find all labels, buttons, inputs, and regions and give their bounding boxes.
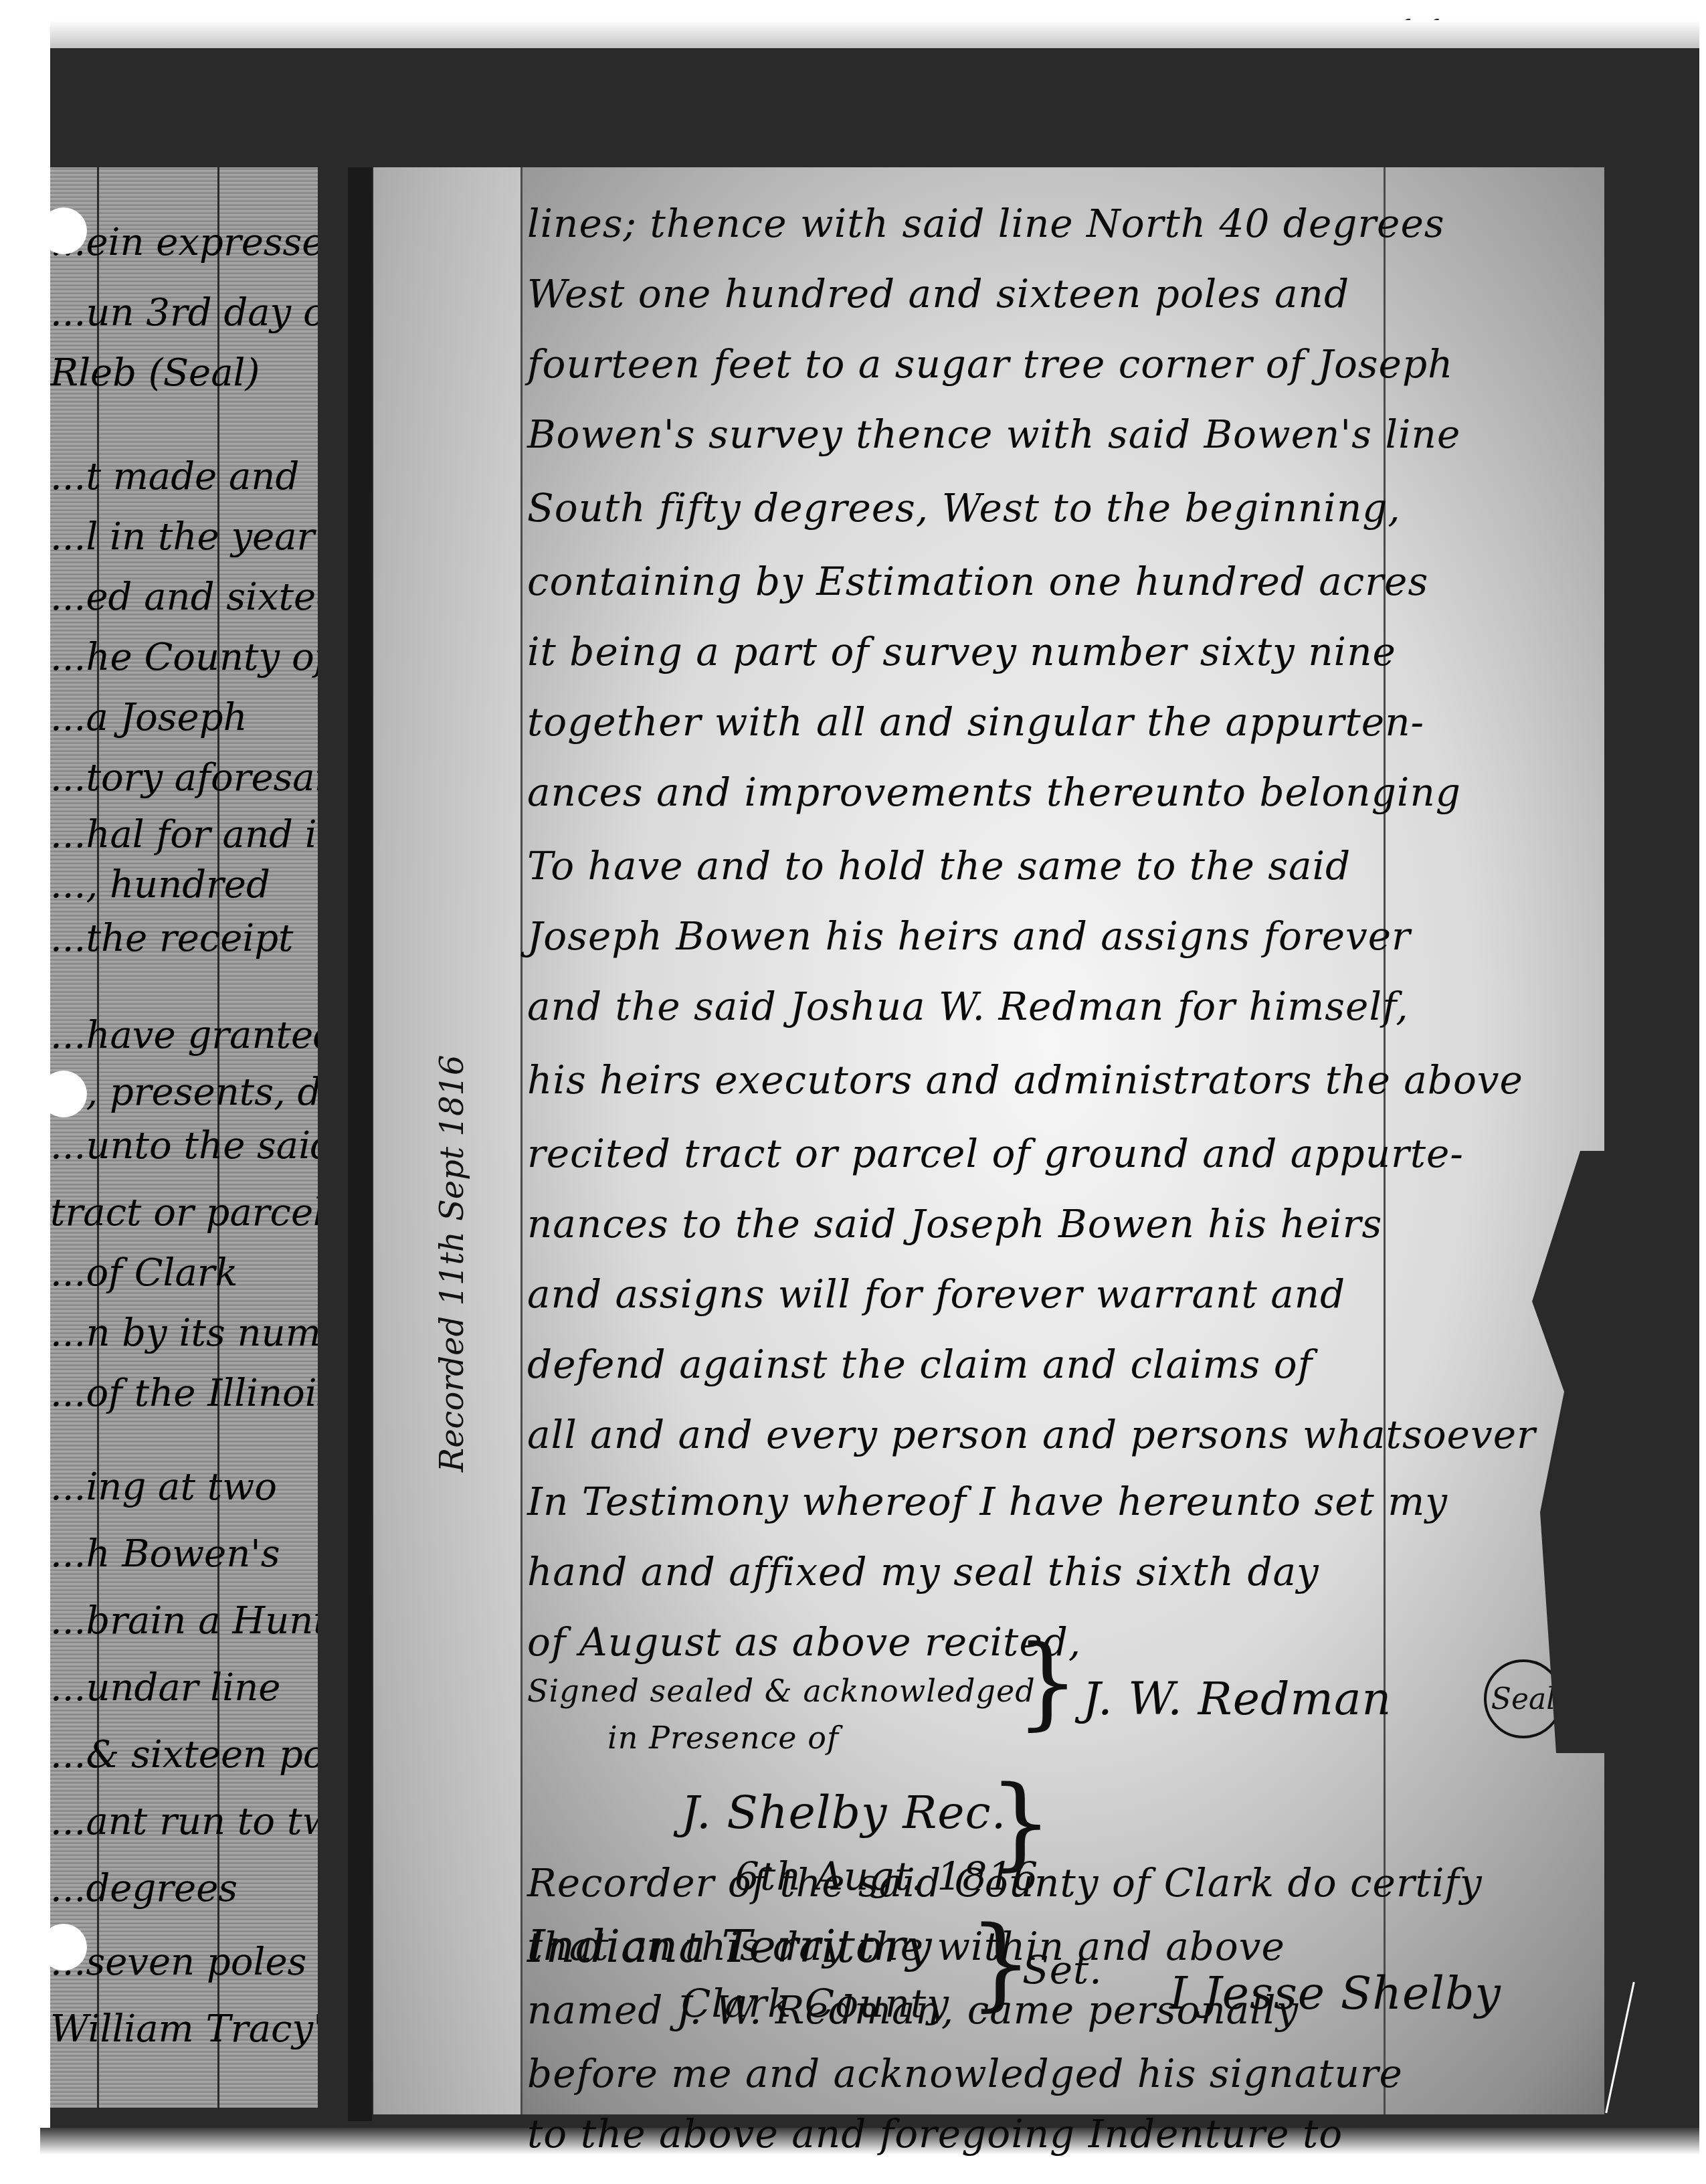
punch-hole: [40, 1924, 87, 1971]
left-fragment-line: ...seven poles to: [50, 1940, 318, 1984]
left-fragment-line: ...of the Illinois: [50, 1372, 318, 1415]
deed-line: ances and improvements thereunto belongi…: [527, 769, 1461, 815]
left-fragment-line: ...degrees: [50, 1867, 318, 1910]
witness-label: in Presence of: [607, 1720, 839, 1756]
acknowledgment-line: named J. W. Redman, came personally: [527, 1987, 1299, 2033]
brace-glyph: }: [1016, 1633, 1079, 1733]
deed-line: his heirs executors and administrators t…: [527, 1057, 1523, 1103]
left-fragment-line: ...tory aforesaid: [50, 756, 318, 800]
binding-gutter: [348, 167, 372, 2121]
acknowledgment-line: Recorder of the said County of Clark do …: [527, 1860, 1483, 1906]
deed-line: Bowen's survey thence with said Bowen's …: [527, 412, 1460, 457]
deed-line: hand and affixed my seal this sixth day: [527, 1549, 1319, 1595]
left-fragment-line: ..., presents, do: [50, 1071, 318, 1114]
left-fragment-line: Rleb (Seal): [50, 351, 318, 395]
ruled-margin-line: [520, 167, 523, 2114]
deed-line: South fifty degrees, West to the beginni…: [527, 485, 1401, 531]
left-fragment-line: ...brain a Hunt's: [50, 1599, 318, 1643]
deed-line: nances to the said Joseph Bowen his heir…: [527, 1201, 1382, 1247]
left-fragment-line: ...the receipt: [50, 917, 318, 960]
left-fragment-line: ...ein expressed: [50, 221, 318, 264]
deed-line: lines; thence with said line North 40 de…: [527, 201, 1445, 246]
punch-hole: [40, 1071, 87, 1117]
left-fragment-line: ...& sixteen poles: [50, 1733, 318, 1777]
left-fragment-line: ...l in the year: [50, 515, 318, 559]
left-fragment-line: ...ed and sixteen: [50, 575, 318, 619]
deed-line: containing by Estimation one hundred acr…: [527, 559, 1428, 604]
acknowledgment-line: that on this day the within and above: [527, 1924, 1285, 1969]
acknowledgment-line: to the above and foregoing Indenture to: [527, 2111, 1343, 2157]
left-fragment-line: ...n by its number: [50, 1311, 318, 1355]
main-deed-page: Recorded 11th Sept 1816 lines; thence wi…: [373, 167, 1604, 2114]
deed-line: and assigns will for forever warrant and: [527, 1271, 1345, 1317]
deed-line: To have and to hold the same to the said: [527, 843, 1351, 889]
deed-line: it being a part of survey number sixty n…: [527, 629, 1396, 674]
left-fragment-line: ...hal for and in: [50, 813, 318, 856]
left-fragment-line: ...unto the said: [50, 1124, 318, 1168]
left-fragment-line: ...t made and: [50, 455, 318, 498]
deed-line: together with all and singular the appur…: [527, 699, 1424, 745]
punch-hole: [40, 207, 87, 254]
brace-glyph: }: [989, 1773, 1052, 1874]
witness-label: Signed sealed & acknowledged: [527, 1673, 1036, 1709]
deed-line: and the said Joshua W. Redman for himsel…: [527, 984, 1409, 1029]
left-fragment-line: ...have granted: [50, 1014, 318, 1057]
left-fragment-line: ...h Bowen's: [50, 1532, 318, 1576]
left-fragment-line: ...of Clark: [50, 1251, 318, 1295]
deed-line: Joseph Bowen his heirs and assigns forev…: [527, 913, 1411, 959]
left-fragment-line: ...undar line: [50, 1666, 318, 1710]
recording-margin-note: Recorded 11th Sept 1816: [434, 1055, 471, 1472]
deed-line: fourteen feet to a sugar tree corner of …: [527, 341, 1453, 387]
left-fragment-line: ...ing at two: [50, 1465, 318, 1509]
deed-line: recited tract or parcel of ground and ap…: [527, 1131, 1464, 1176]
left-facing-page: ...ein expressed ...un 3rd day of Rleb (…: [50, 167, 318, 2108]
deed-line: of August as above recited,: [527, 1619, 1081, 1665]
signer-signature: J. W. Redman: [1082, 1673, 1392, 1726]
seal-label: Seal: [1491, 1682, 1556, 1716]
left-fragment-line: tract or parcel: [50, 1191, 318, 1235]
witness-signature: J. Shelby Rec.: [681, 1787, 1006, 1839]
left-fragment-line: ...ant run to two: [50, 1800, 318, 1843]
deed-line: In Testimony whereof I have hereunto set…: [527, 1479, 1448, 1524]
left-fragment-line: William Tracy's: [50, 2007, 318, 2051]
left-fragment-line: ...un 3rd day of: [50, 291, 318, 335]
deed-line: West one hundred and sixteen poles and: [527, 271, 1349, 316]
acknowledgment-line: before me and acknowledged his signature: [527, 2051, 1403, 2096]
left-fragment-line: ...he County of: [50, 636, 318, 679]
left-fragment-line: ...a Joseph: [50, 696, 318, 739]
left-fragment-line: ..., hundred: [50, 863, 318, 907]
deed-line: all and and every person and persons wha…: [527, 1412, 1536, 1457]
deed-line: defend against the claim and claims of: [527, 1342, 1313, 1387]
